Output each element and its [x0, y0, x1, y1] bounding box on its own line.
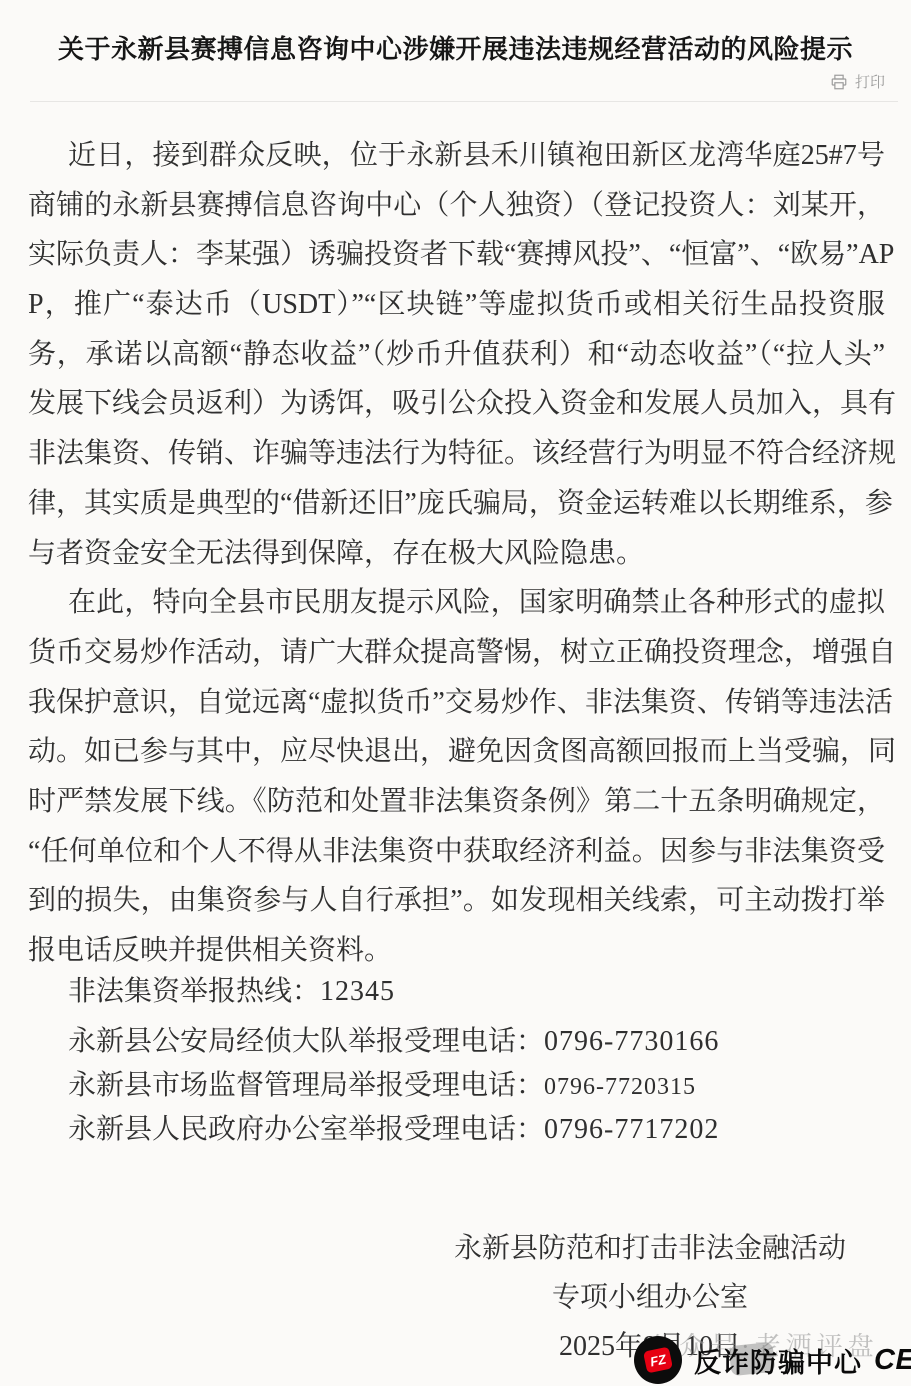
body-line: 近日，接到群众反映，位于永新县禾川镇袍田新区龙湾华庭25#7号 [28, 131, 885, 181]
body-line: 律，其实质是典型的“借新还旧”庞氏骗局，资金运转难以长期维系，参 [28, 479, 885, 529]
brand-name: 反诈防骗中心 [694, 1341, 862, 1380]
body-line: 我保护意识，自觉远离“虚拟货币”交易炒作、非法集资、传销等违法活 [28, 678, 885, 728]
body-line: 商铺的永新县赛搏信息咨询中心（个人独资）（登记投资人：刘某开， [28, 181, 885, 231]
brand-site-url: CESC.CC [874, 1344, 911, 1377]
fz-anti-fraud-logo-icon: FZ [634, 1336, 682, 1384]
body-line: 非法集资、传销、诈骗等违法行为特征。该经营行为明显不符合经济规 [28, 429, 885, 479]
body-line: 与者资金安全无法得到保障，存在极大风险隐患。 [28, 529, 885, 579]
body-line: 在此，特向全县市民朋友提示风险，国家明确禁止各种形式的虚拟 [28, 578, 885, 628]
hotline-illegal-fundraising: 非法集资举报热线：12345 [68, 972, 395, 1012]
hotline-label: 非法集资举报热线： [68, 976, 320, 1007]
body-line: 报电话反映并提供相关资料。 [28, 926, 885, 976]
body-line: “任何单位和个人不得从非法集资中获取经济利益。因参与非法集资受 [28, 827, 885, 877]
notice-body: 近日，接到群众反映，位于永新县禾川镇袍田新区龙湾华庭25#7号 商铺的永新县赛搏… [28, 131, 885, 976]
printer-icon [830, 73, 848, 91]
hotline-label: 永新县人民政府办公室举报受理电话： [68, 1114, 544, 1145]
fz-logo-badge: FZ [643, 1347, 673, 1374]
header-divider [30, 101, 898, 102]
notice-document-page: 关于永新县赛搏信息咨询中心涉嫌开展违法违规经营活动的风险提示 打印 近日，接到群… [0, 0, 911, 1386]
body-line: 货币交易炒作活动，请广大群众提高警惕，树立正确投资理念，增强自 [28, 628, 885, 678]
hotline-number: 0796-7717202 [544, 1114, 719, 1145]
print-button[interactable]: 打印 [830, 71, 885, 92]
print-button-label: 打印 [855, 71, 885, 92]
hotline-market-regulation: 永新县市场监督管理局举报受理电话：0796-7720315 [68, 1066, 696, 1107]
body-line: 发展下线会员返利）为诱饵，吸引公众投入资金和发展人员加入，具有 [28, 379, 885, 429]
body-line: 到的损失，由集资参与人自行承担”。如发现相关线索，可主动拨打举 [28, 876, 885, 926]
body-line: P，推广“泰达币（USDT）”“区块链”等虚拟货币或相关衍生品投资服 [28, 280, 885, 330]
hotline-number: 0796-7730166 [544, 1026, 719, 1057]
body-line: 务，承诺以高额“静态收益”（炒币升值获利）和“动态收益”（“拉人头” [28, 330, 885, 380]
issuer-name-line2: 专项小组办公室 [375, 1273, 911, 1322]
anti-fraud-brand: FZ 反诈防骗中心 CESC.CC [634, 1336, 911, 1384]
issuer-name-line1: 永新县防范和打击非法金融活动 [375, 1224, 911, 1273]
body-line: 实际负责人：李某强）诱骗投资者下载“赛搏风投”、“恒富”、“欧易”AP [28, 230, 885, 280]
body-line: 时严禁发展下线。《防范和处置非法集资条例》第二十五条明确规定， [28, 777, 885, 827]
hotline-label: 永新县市场监督管理局举报受理电话： [68, 1070, 544, 1101]
hotline-police-eco-crime: 永新县公安局经侦大队举报受理电话：0796-7730166 [68, 1022, 719, 1062]
hotline-number: 0796-7720315 [544, 1074, 696, 1100]
page-title: 关于永新县赛搏信息咨询中心涉嫌开展违法违规经营活动的风险提示 [0, 30, 911, 68]
hotline-number: 12345 [320, 976, 395, 1007]
hotline-county-government: 永新县人民政府办公室举报受理电话：0796-7717202 [68, 1110, 719, 1150]
hotline-label: 永新县公安局经侦大队举报受理电话： [68, 1026, 544, 1057]
body-line: 动。如已参与其中，应尽快退出，避免因贪图高额回报而上当受骗，同 [28, 727, 885, 777]
